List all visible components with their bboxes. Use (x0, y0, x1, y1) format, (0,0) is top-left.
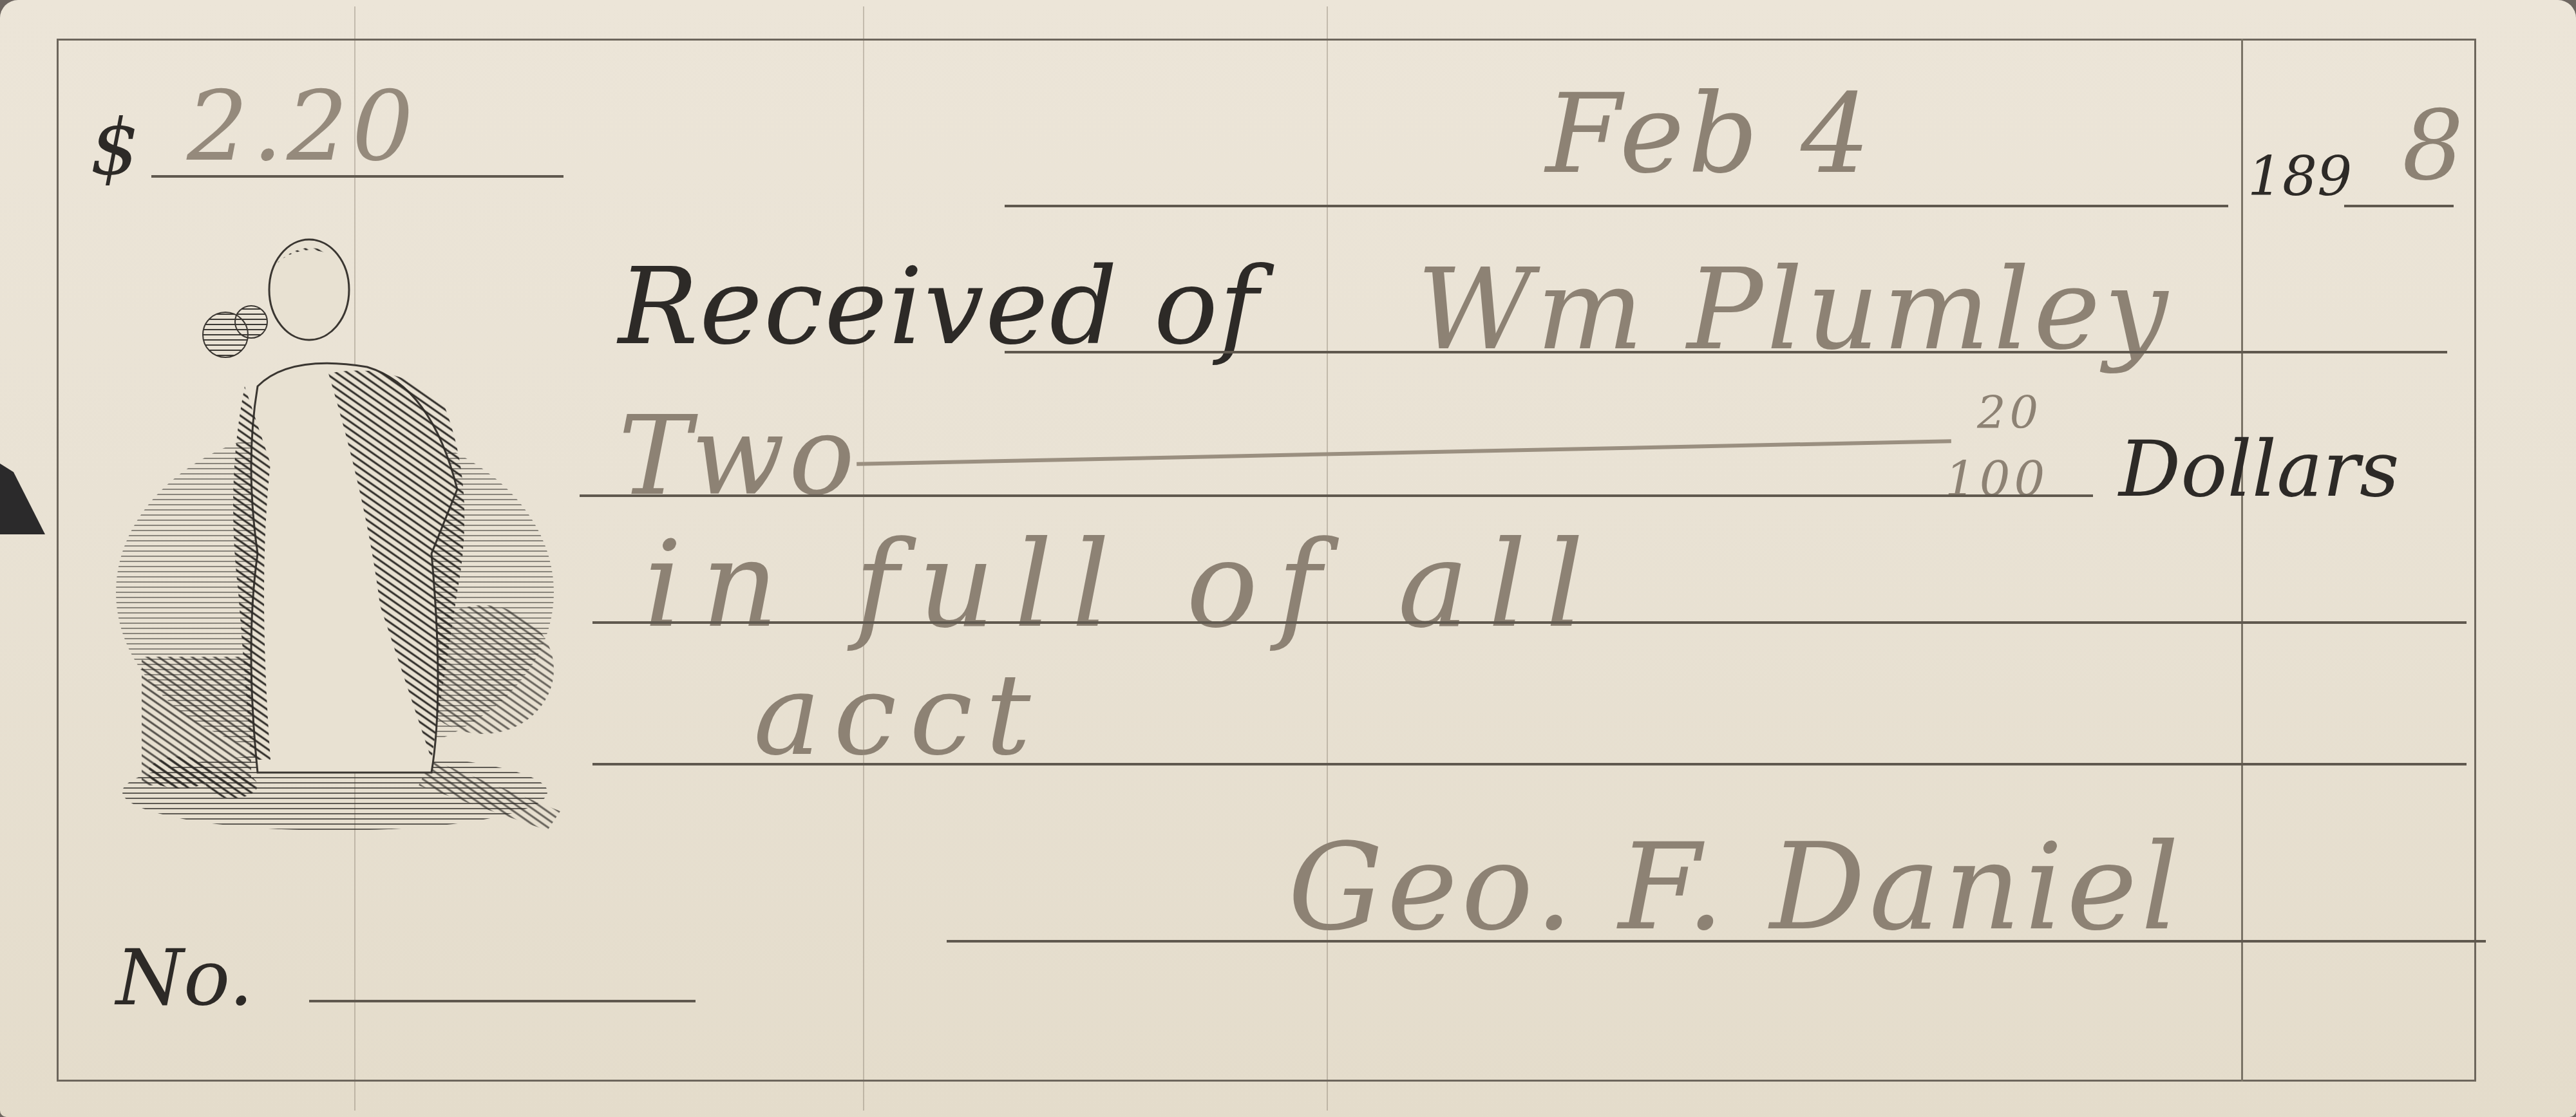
year-line (2344, 205, 2454, 207)
date-month-day: Feb 4 (1546, 71, 1874, 198)
column-rule (2241, 39, 2243, 1082)
sum-words: Two (618, 393, 858, 520)
payer-line (1005, 351, 2447, 353)
receipt-paper: $ 2.20 Feb 4 189 8 Received of Wm Plumle… (0, 0, 2576, 1117)
purpose-line-rule-2 (592, 763, 2467, 765)
payer-name: Wm Plumley (1417, 245, 2172, 375)
year-suffix: 8 (2402, 90, 2467, 202)
sum-line (580, 494, 2093, 497)
engraved-vignette-icon (97, 193, 573, 850)
signature-line (947, 940, 2486, 943)
amount-line (151, 175, 563, 178)
dollars-label: Dollars (2119, 425, 2400, 514)
cents-denominator: 100 (1945, 451, 2049, 507)
amount-value: 2.20 (187, 71, 417, 183)
purpose-line-1: in full of all (644, 515, 1603, 654)
dollar-sign: $ (90, 103, 139, 192)
year-prefix: 189 (2248, 145, 2352, 209)
number-line (309, 1000, 696, 1002)
cents-numerator: 20 (1977, 386, 2042, 439)
number-label: No. (116, 934, 253, 1023)
date-line (1005, 205, 2228, 207)
torn-edge (0, 464, 45, 534)
purpose-line-2: acct (753, 650, 1044, 781)
signature: Geo. F. Daniel (1288, 818, 2183, 957)
purpose-line-rule-1 (592, 621, 2467, 624)
received-of-label: Received of (618, 245, 1260, 368)
